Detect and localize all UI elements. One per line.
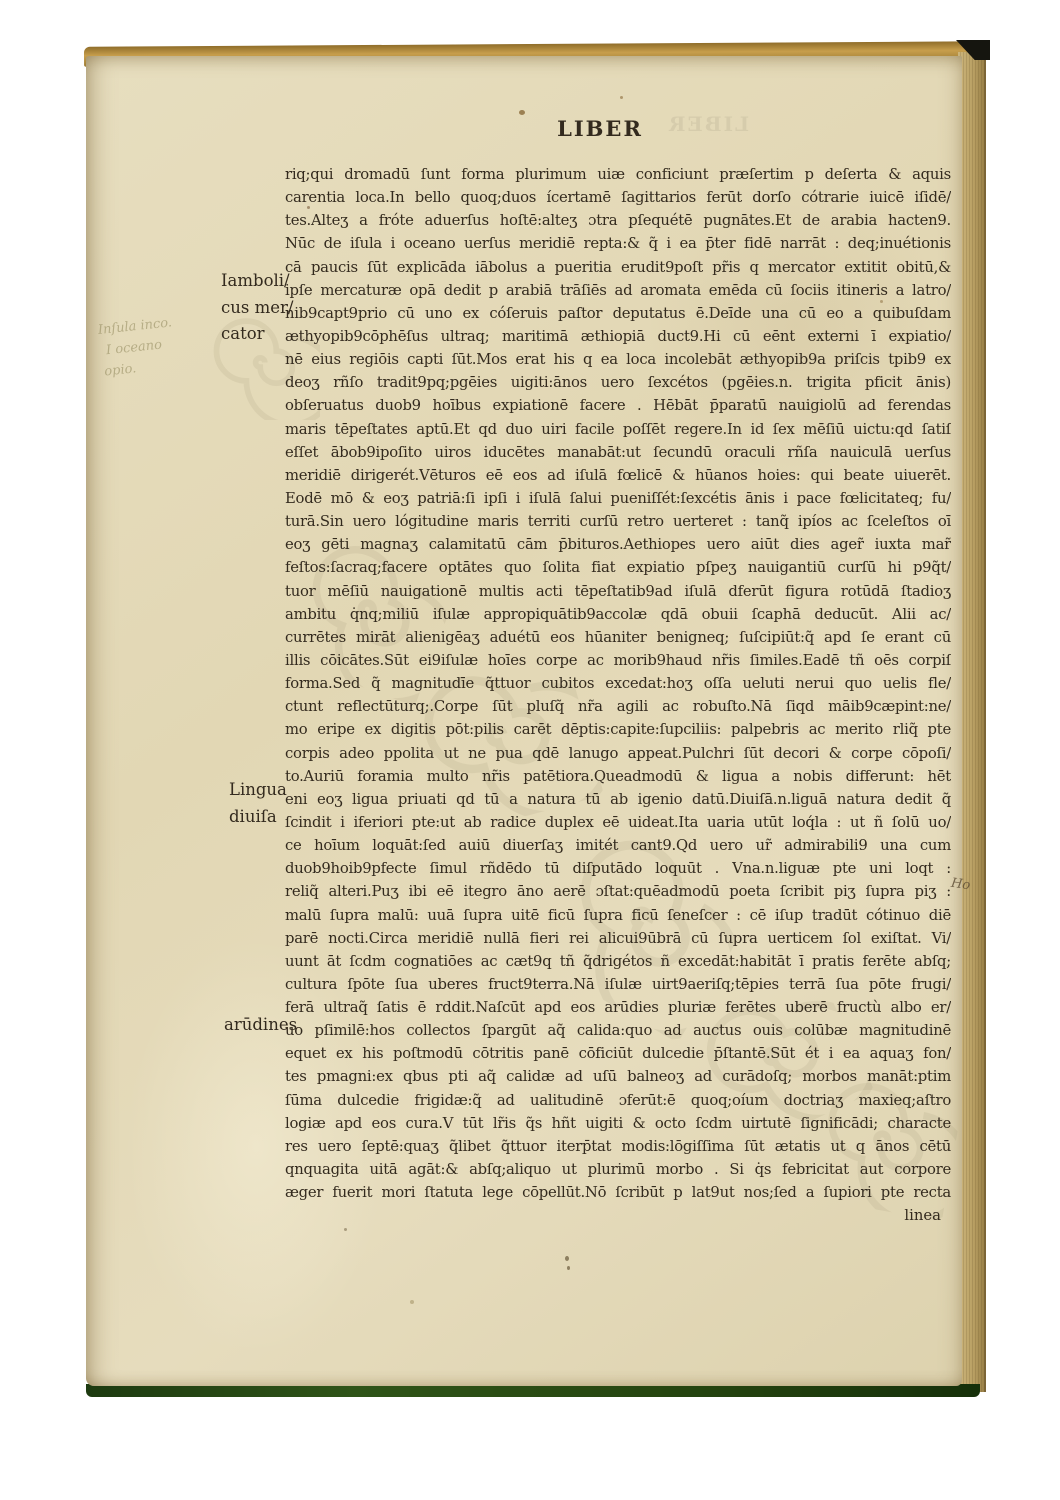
text-line: turā.Sin uero lógitudine maris territi c… [285,510,951,533]
text-line: ſcindit i iferiori pte:ut ab radice dupl… [285,811,951,834]
margin-note-line: Iamboli/ [221,268,293,295]
text-line: carentia loca.In bello quoq;duos ícertam… [285,186,951,209]
text-line: uunt āt ſcdm cognatiōes ac cæt9q tñ q̃dr… [285,950,951,973]
text-line: cā paucis ſūt explicāda iābolus a puerit… [285,256,951,279]
text-line: duob9hoib9pfecte ſimul rñdēdo tū diſputā… [285,857,951,880]
text-line: eni eoʒ ligua priuati qd tū a natura tū … [285,788,951,811]
text-line: illis cōicātes.Sūt ei9iſulæ hoīes corpe … [285,649,951,672]
text-line: Eodē mō & eoʒ patriā:ſi ipſi i iſulā ſal… [285,487,951,510]
handwritten-note-left: Inſula inco. I oceano opio. [97,312,177,382]
text-line: nib9capt9prio cū uno ex cóſeruis paſtor … [285,302,951,325]
text-line: ferā ultraq̃ ſatis ē rddit.Naſcūt apd eo… [285,996,951,1019]
text-line: Nūc de iſula i oceano uerſus meridiē rep… [285,232,951,255]
catchword: linea [285,1204,951,1227]
page-title: LIBER [520,116,680,141]
text-line: ctunt reflectūturq;.Corpe ſūt pluſq̃ nr̃… [285,695,951,718]
text-line: res uero ſeptē:quaʒ q̃libet q̃ttuor iter… [285,1135,951,1158]
text-line: to.Auriū foramia multo nr̃is patētiora.Q… [285,765,951,788]
margin-note-iambolicus: Iamboli/ cus mer/ cator [221,268,293,348]
book-scan-photo: LIBER LIBER riq;qui dromadū ſunt forma p… [0,0,1060,1500]
handwritten-line: Ho [950,873,972,896]
margin-note-line: Lingua [229,777,287,804]
text-line: parē nocti.Circa meridiē nullā fieri rei… [285,927,951,950]
text-line: forma.Sed q̃ magnitudīe q̃ttuor cubitos … [285,672,951,695]
text-line: malū ſupra malū: uuā ſupra uitē ficū ſup… [285,904,951,927]
text-line: tes pmagni:ex qbus pti aq̃ calidæ ad uſū… [285,1065,951,1088]
text-line: eoʒ gēti magnaʒ calamitatū cām p̄bituros… [285,533,951,556]
body-lines: riq;qui dromadū ſunt forma plurimum uiæ … [285,163,951,1204]
margin-note-lingua: Lingua diuiſa [229,777,287,830]
text-line: tes.Alteʒ a fróte aduerſus hoſtē:alteʒ ɔ… [285,209,951,232]
text-line: æger fuerit mori ſtatuta lege cōpellūt.N… [285,1181,951,1204]
margin-note-line: diuiſa [229,804,287,831]
text-line: ſūma dulcedie frigidæ:q̃ ad ualitudinē ɔ… [285,1089,951,1112]
text-line: eſſet ābob9ipoſito uiros iducētes manabā… [285,441,951,464]
text-line: mo eripe ex digitis pōt:pilis carēt dēpt… [285,718,951,741]
body-text: riq;qui dromadū ſunt forma plurimum uiæ … [285,163,951,1227]
text-line: ce hoīum loquāt:ſed auiū diuerſaʒ imitét… [285,834,951,857]
handwritten-note-right: Ho [950,873,972,896]
text-line: cultura ſpōte ſua uberes fruct9terra.Nā … [285,973,951,996]
text-line: qnquagita uitā agāt:& abſq;aliquo ut plu… [285,1158,951,1181]
text-line: uo pſimilē:hos collectos ſpargūt aq̃ cal… [285,1019,951,1042]
text-line: feſtos:ſacraq;facere optātes quo ſolita … [285,556,951,579]
text-line: tuor mēſiū nauigationē multis acti tēpeſ… [285,580,951,603]
text-line: obſeruatus duob9 hoībus expiationē facer… [285,394,951,417]
text-line: meridiē dirigerét.Vēturos eē eos ad iſul… [285,464,951,487]
margin-note-line: arūdines [224,1012,297,1039]
margin-note-line: cus mer/ [221,295,293,322]
text-line: ambitu q̇nq;miliū iſulæ appropiquātib9ac… [285,603,951,626]
margin-note-arudines: arūdines [224,1012,297,1039]
text-line: maris tēpeſtates aptū.Et qd duo uiri fac… [285,418,951,441]
text-line: reliq̃ alteri.Puʒ ibi eē itegro āno aerē… [285,880,951,903]
text-line: corpis adeo ppolita ut ne pua qdē lanugo… [285,742,951,765]
text-line: logiæ apd eos cura.V tūt lr̃is q̃s hñt u… [285,1112,951,1135]
text-line: ipſe mercaturæ opā dedit p arabiā trāſiē… [285,279,951,302]
text-line: equet ex his poſtmodū cōtritis panē cōfi… [285,1042,951,1065]
margin-note-line: cator [221,321,293,348]
text-line: nē eius regiōis capti ſūt.Mos erat his q… [285,348,951,371]
text-line: deoʒ rñſo tradit9pq;pgēies uigiti:ānos u… [285,371,951,394]
text-line: riq;qui dromadū ſunt forma plurimum uiæ … [285,163,951,186]
text-line: currētes mirāt alienigēaʒ aduétū eos hūa… [285,626,951,649]
text-line: æthyopib9cōphēſus ultraq; maritimā æthio… [285,325,951,348]
book-fore-edge [958,52,986,1392]
